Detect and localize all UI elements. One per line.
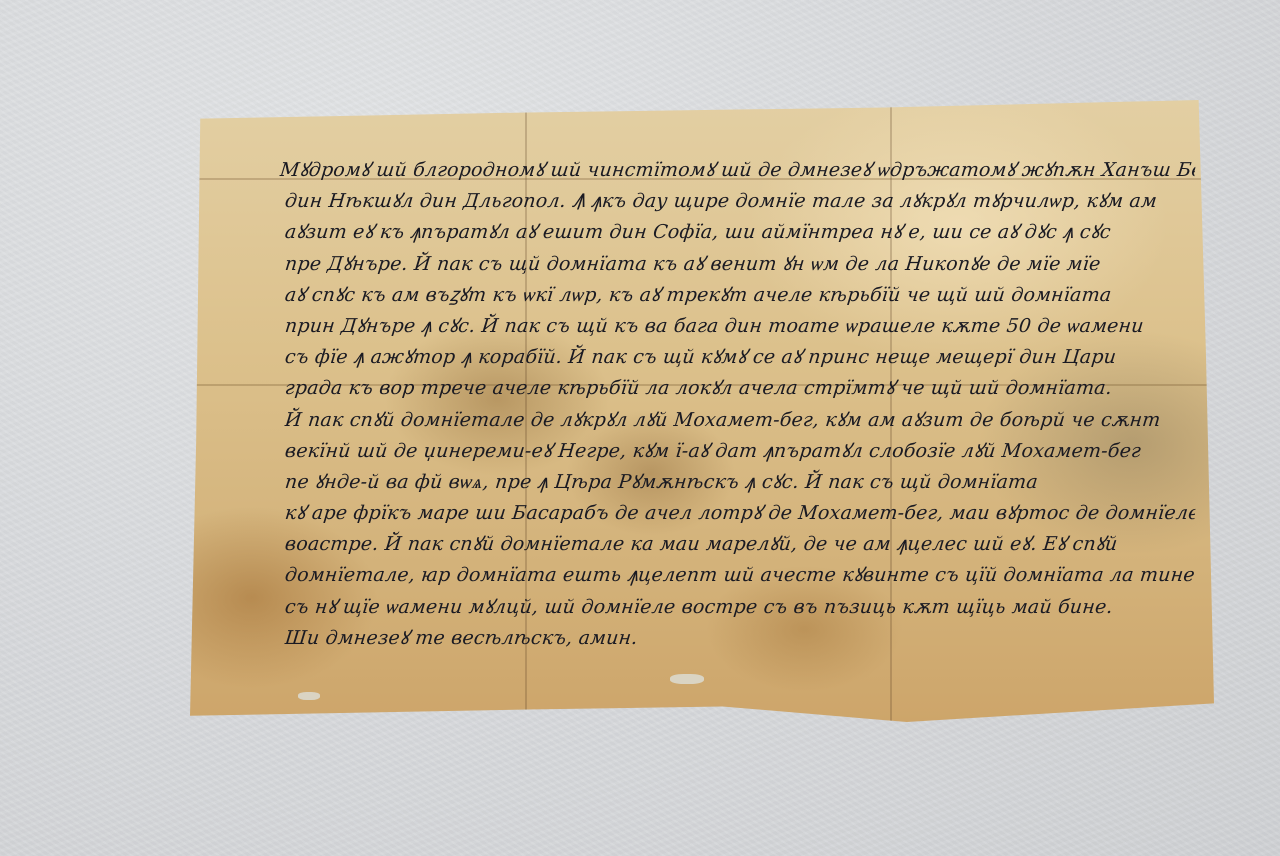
text-line: съ фїе ꙟ ажꙋтор ꙟ корабїй. Й пак съ щй к… — [283, 342, 1196, 373]
handwritten-text: Мꙋдромꙋ шй блгородномꙋ шй чинстїтомꙋ шй … — [285, 155, 1195, 654]
text-line: векïнй шй де џинереми-еꙋ Негре, кꙋм ї-аꙋ… — [283, 436, 1196, 467]
parchment-letter: Мꙋдромꙋ шй блгородномꙋ шй чинстїтомꙋ шй … — [190, 100, 1214, 722]
text-line: Ши дмнезеꙋ те весѣлѣскъ, амин. — [283, 623, 1196, 654]
text-line: Мꙋдромꙋ шй блгородномꙋ шй чинстїтомꙋ шй … — [278, 155, 1196, 186]
text-line: кꙋ аре фрïкъ маре ши Басарабъ де ачел ло… — [283, 498, 1196, 529]
paper-damage-spot — [670, 674, 704, 684]
paper-damage-spot — [298, 692, 320, 700]
text-line: аꙋ спꙋс къ ам въꙁꙋт къ ѡкї лѡр, къ аꙋ тр… — [283, 280, 1196, 311]
text-line: пе ꙋнде-й ва фй вѡѧ, пре ꙟ Цѣра Рꙋмѫнѣск… — [283, 467, 1196, 498]
text-line: града къ вор трече ачеле кѣрьбïй ла локꙋ… — [283, 373, 1196, 404]
text-line: Й пак спꙋй домнїетале де лꙋкрꙋл лꙋй Моха… — [283, 405, 1196, 436]
text-line: прин Дꙋнъре ꙟ сꙋс. Й пак съ щй къ ва баг… — [283, 311, 1196, 342]
text-line: домнїеталe, ꙗр домнїата ешть ꙟцелепт шй … — [283, 560, 1196, 591]
text-line: воастре. Й пак спꙋй домнїетале ка маи ма… — [283, 529, 1196, 560]
text-line: аꙋзит еꙋ къ ꙟпъратꙋл аꙋ ешит дин Софїа, … — [283, 217, 1196, 248]
text-line: съ нꙋ щïе ѡамени мꙋлцй, шй домнїелe вост… — [283, 592, 1196, 623]
text-line: пре Дꙋнъре. Й пак съ щй домнїата къ аꙋ в… — [283, 249, 1196, 280]
text-line: дин Нѣкшꙋл дин Дльгопол. Ꙟ ꙟкъ дау щире … — [283, 186, 1196, 217]
